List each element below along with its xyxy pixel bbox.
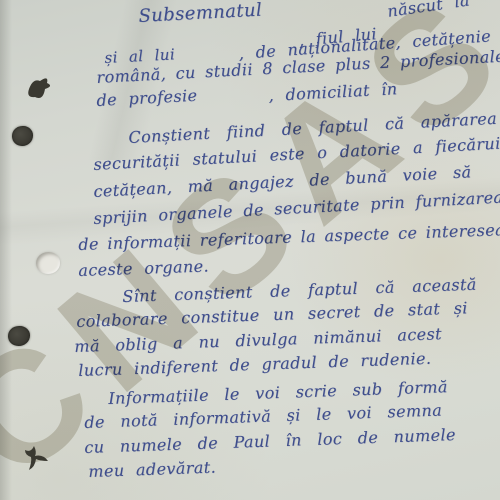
handwriting-line: , domiciliat în (268, 79, 398, 105)
handwriting-line: meu adevărat. (88, 458, 216, 481)
handwriting-line: aceste organe. (78, 256, 209, 280)
handwriting-line: născut la (386, 0, 471, 21)
torn-hole (36, 252, 60, 274)
paper-tear-mark (23, 444, 51, 472)
paper-tear-mark (24, 74, 54, 106)
document-scan: Subsemnatul născut la , fiul lui și al l… (0, 0, 500, 500)
punch-hole (8, 326, 30, 346)
